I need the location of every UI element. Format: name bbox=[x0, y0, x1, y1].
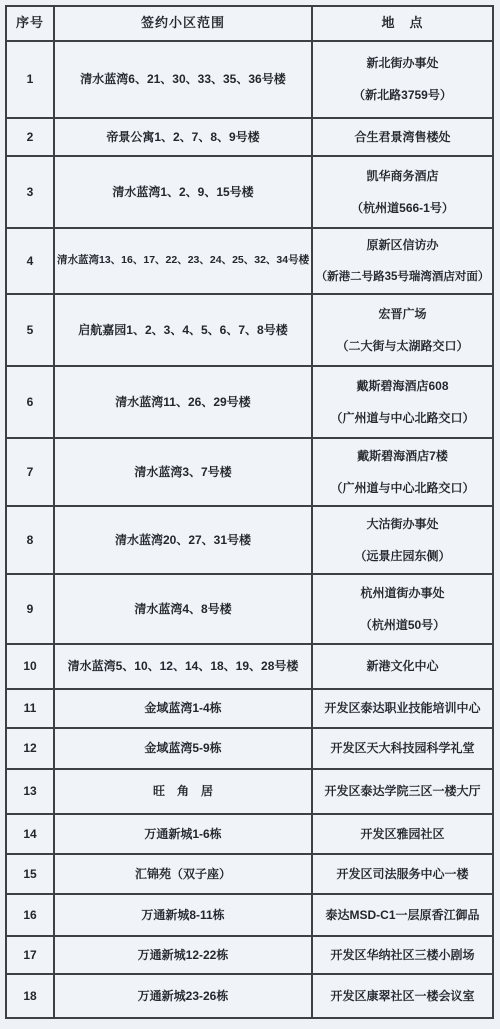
table-row: 1清水蓝湾6、21、30、33、35、36号楼新北街办事处（新北路3759号） bbox=[6, 41, 493, 118]
cell-location: 原新区信访办（新港二号路35号瑞湾酒店对面） bbox=[312, 228, 493, 294]
cell-no: 3 bbox=[6, 156, 54, 228]
community-range: 金域蓝湾1-4栋 bbox=[57, 701, 309, 716]
cell-no: 17 bbox=[6, 936, 54, 974]
community-range: 万通新城12-22栋 bbox=[57, 948, 309, 963]
location-address: （二大街与太湖路交口） bbox=[315, 339, 490, 354]
cell-location: 开发区司法服务中心一楼 bbox=[312, 854, 493, 894]
location-name: 泰达MSD-C1一层原香江御品 bbox=[315, 908, 490, 923]
cell-range: 清水蓝湾11、26、29号楼 bbox=[54, 366, 312, 438]
cell-no: 10 bbox=[6, 644, 54, 689]
row-number: 12 bbox=[9, 741, 51, 756]
row-number: 4 bbox=[9, 254, 51, 269]
row-number: 14 bbox=[9, 827, 51, 842]
table-row: 3清水蓝湾1、2、9、15号楼凯华商务酒店（杭州道566-1号） bbox=[6, 156, 493, 228]
table-row: 14万通新城1-6栋开发区雅园社区 bbox=[6, 814, 493, 854]
row-number: 7 bbox=[9, 465, 51, 480]
row-number: 8 bbox=[9, 533, 51, 548]
cell-no: 15 bbox=[6, 854, 54, 894]
cell-range: 万通新城1-6栋 bbox=[54, 814, 312, 854]
cell-location: 戴斯碧海酒店7楼（广州道与中心北路交口） bbox=[312, 438, 493, 506]
cell-range: 清水蓝湾5、10、12、14、18、19、28号楼 bbox=[54, 644, 312, 689]
location-name: 戴斯碧海酒店608 bbox=[315, 379, 490, 394]
cell-no: 16 bbox=[6, 894, 54, 936]
location-name: 原新区信访办 bbox=[315, 238, 490, 253]
table-row: 17万通新城12-22栋开发区华纳社区三楼小剧场 bbox=[6, 936, 493, 974]
row-number: 18 bbox=[9, 989, 51, 1004]
row-number: 1 bbox=[9, 72, 51, 87]
table-header: 序号 签约小区范围 地 点 bbox=[6, 6, 493, 41]
cell-location: 泰达MSD-C1一层原香江御品 bbox=[312, 894, 493, 936]
cell-no: 13 bbox=[6, 769, 54, 814]
community-range: 汇锦苑（双子座） bbox=[57, 867, 309, 882]
community-range: 清水蓝湾13、16、17、22、23、24、25、32、34号楼 bbox=[57, 254, 309, 267]
header-label-range: 签约小区范围 bbox=[57, 15, 309, 31]
table-row: 16万通新城8-11栋泰达MSD-C1一层原香江御品 bbox=[6, 894, 493, 936]
cell-range: 清水蓝湾6、21、30、33、35、36号楼 bbox=[54, 41, 312, 118]
cell-range: 清水蓝湾20、27、31号楼 bbox=[54, 506, 312, 574]
page-background: 序号 签约小区范围 地 点 1清水蓝湾6、21、30、33、35、36号楼新北街… bbox=[0, 0, 500, 1029]
table-row: 11金域蓝湾1-4栋开发区泰达职业技能培训中心 bbox=[6, 689, 493, 728]
cell-no: 6 bbox=[6, 366, 54, 438]
community-range: 清水蓝湾3、7号楼 bbox=[57, 465, 309, 480]
location-name: 开发区司法服务中心一楼 bbox=[315, 867, 490, 882]
community-range: 清水蓝湾1、2、9、15号楼 bbox=[57, 185, 309, 200]
community-range: 旺 角 居 bbox=[57, 784, 309, 799]
cell-no: 8 bbox=[6, 506, 54, 574]
location-address: （远景庄园东侧） bbox=[315, 549, 490, 564]
cell-range: 清水蓝湾4、8号楼 bbox=[54, 574, 312, 644]
cell-range: 万通新城12-22栋 bbox=[54, 936, 312, 974]
table-row: 10清水蓝湾5、10、12、14、18、19、28号楼新港文化中心 bbox=[6, 644, 493, 689]
header-cell-no: 序号 bbox=[6, 6, 54, 41]
table-row: 12金域蓝湾5-9栋开发区天大科技园科学礼堂 bbox=[6, 728, 493, 769]
location-address: （新北路3759号） bbox=[315, 88, 490, 103]
table-row: 8清水蓝湾20、27、31号楼大沽街办事处（远景庄园东侧） bbox=[6, 506, 493, 574]
cell-range: 清水蓝湾13、16、17、22、23、24、25、32、34号楼 bbox=[54, 228, 312, 294]
cell-range: 清水蓝湾1、2、9、15号楼 bbox=[54, 156, 312, 228]
cell-no: 11 bbox=[6, 689, 54, 728]
cell-location: 杭州道街办事处（杭州道50号） bbox=[312, 574, 493, 644]
cell-location: 戴斯碧海酒店608（广州道与中心北路交口） bbox=[312, 366, 493, 438]
location-name: 开发区天大科技园科学礼堂 bbox=[315, 741, 490, 756]
location-name: 宏晋广场 bbox=[315, 307, 490, 322]
cell-location: 开发区天大科技园科学礼堂 bbox=[312, 728, 493, 769]
community-range: 启航嘉园1、2、3、4、5、6、7、8号楼 bbox=[57, 323, 309, 338]
table-row: 2帝景公寓1、2、7、8、9号楼合生君景湾售楼处 bbox=[6, 118, 493, 156]
row-number: 10 bbox=[9, 659, 51, 674]
cell-location: 开发区雅园社区 bbox=[312, 814, 493, 854]
row-number: 13 bbox=[9, 784, 51, 799]
cell-location: 开发区华纳社区三楼小剧场 bbox=[312, 936, 493, 974]
table-body: 1清水蓝湾6、21、30、33、35、36号楼新北街办事处（新北路3759号）2… bbox=[6, 41, 493, 1018]
cell-no: 4 bbox=[6, 228, 54, 294]
table-row: 5启航嘉园1、2、3、4、5、6、7、8号楼宏晋广场（二大街与太湖路交口） bbox=[6, 294, 493, 366]
location-name: 戴斯碧海酒店7楼 bbox=[315, 449, 490, 464]
row-number: 6 bbox=[9, 395, 51, 410]
location-address: （新港二号路35号瑞湾酒店对面） bbox=[315, 270, 490, 284]
cell-no: 14 bbox=[6, 814, 54, 854]
location-name: 新北街办事处 bbox=[315, 56, 490, 71]
table-row: 13旺 角 居开发区泰达学院三区一楼大厅 bbox=[6, 769, 493, 814]
table-row: 7清水蓝湾3、7号楼戴斯碧海酒店7楼（广州道与中心北路交口） bbox=[6, 438, 493, 506]
cell-no: 5 bbox=[6, 294, 54, 366]
cell-location: 新港文化中心 bbox=[312, 644, 493, 689]
location-name: 开发区泰达职业技能培训中心 bbox=[315, 701, 490, 716]
row-number: 2 bbox=[9, 130, 51, 145]
cell-range: 清水蓝湾3、7号楼 bbox=[54, 438, 312, 506]
community-range: 万通新城8-11栋 bbox=[57, 908, 309, 923]
location-name: 开发区泰达学院三区一楼大厅 bbox=[315, 784, 490, 799]
location-name: 新港文化中心 bbox=[315, 659, 490, 674]
header-cell-location: 地 点 bbox=[312, 6, 493, 41]
location-name: 合生君景湾售楼处 bbox=[315, 130, 490, 145]
cell-range: 旺 角 居 bbox=[54, 769, 312, 814]
community-range: 万通新城23-26栋 bbox=[57, 989, 309, 1004]
location-name: 开发区雅园社区 bbox=[315, 827, 490, 842]
location-address: （杭州道566-1号） bbox=[315, 201, 490, 216]
community-range: 清水蓝湾11、26、29号楼 bbox=[57, 395, 309, 410]
table-row: 15汇锦苑（双子座）开发区司法服务中心一楼 bbox=[6, 854, 493, 894]
table-row: 4清水蓝湾13、16、17、22、23、24、25、32、34号楼原新区信访办（… bbox=[6, 228, 493, 294]
location-address: （广州道与中心北路交口） bbox=[315, 481, 490, 496]
row-number: 16 bbox=[9, 908, 51, 923]
cell-location: 凯华商务酒店（杭州道566-1号） bbox=[312, 156, 493, 228]
cell-range: 金域蓝湾5-9栋 bbox=[54, 728, 312, 769]
cell-no: 18 bbox=[6, 974, 54, 1018]
cell-location: 开发区泰达学院三区一楼大厅 bbox=[312, 769, 493, 814]
cell-range: 帝景公寓1、2、7、8、9号楼 bbox=[54, 118, 312, 156]
community-range: 金域蓝湾5-9栋 bbox=[57, 741, 309, 756]
location-name: 大沽街办事处 bbox=[315, 517, 490, 532]
signup-locations-table: 序号 签约小区范围 地 点 1清水蓝湾6、21、30、33、35、36号楼新北街… bbox=[5, 5, 494, 1019]
row-number: 11 bbox=[9, 701, 51, 716]
header-label-no: 序号 bbox=[9, 15, 51, 31]
location-address: （广州道与中心北路交口） bbox=[315, 411, 490, 426]
cell-location: 大沽街办事处（远景庄园东侧） bbox=[312, 506, 493, 574]
cell-no: 2 bbox=[6, 118, 54, 156]
table-row: 18万通新城23-26栋开发区康翠社区一楼会议室 bbox=[6, 974, 493, 1018]
community-range: 帝景公寓1、2、7、8、9号楼 bbox=[57, 130, 309, 145]
cell-location: 新北街办事处（新北路3759号） bbox=[312, 41, 493, 118]
location-name: 开发区康翠社区一楼会议室 bbox=[315, 989, 490, 1004]
community-range: 清水蓝湾5、10、12、14、18、19、28号楼 bbox=[57, 659, 309, 674]
cell-no: 9 bbox=[6, 574, 54, 644]
location-name: 凯华商务酒店 bbox=[315, 169, 490, 184]
cell-location: 开发区泰达职业技能培训中心 bbox=[312, 689, 493, 728]
cell-range: 启航嘉园1、2、3、4、5、6、7、8号楼 bbox=[54, 294, 312, 366]
cell-range: 万通新城23-26栋 bbox=[54, 974, 312, 1018]
community-range: 清水蓝湾6、21、30、33、35、36号楼 bbox=[57, 72, 309, 87]
row-number: 17 bbox=[9, 948, 51, 963]
location-name: 杭州道街办事处 bbox=[315, 586, 490, 601]
row-number: 15 bbox=[9, 867, 51, 882]
row-number: 9 bbox=[9, 602, 51, 617]
table-row: 9清水蓝湾4、8号楼杭州道街办事处（杭州道50号） bbox=[6, 574, 493, 644]
cell-no: 7 bbox=[6, 438, 54, 506]
cell-range: 汇锦苑（双子座） bbox=[54, 854, 312, 894]
header-row: 序号 签约小区范围 地 点 bbox=[6, 6, 493, 41]
cell-location: 合生君景湾售楼处 bbox=[312, 118, 493, 156]
cell-no: 12 bbox=[6, 728, 54, 769]
table-row: 6清水蓝湾11、26、29号楼戴斯碧海酒店608（广州道与中心北路交口） bbox=[6, 366, 493, 438]
cell-range: 万通新城8-11栋 bbox=[54, 894, 312, 936]
cell-location: 开发区康翠社区一楼会议室 bbox=[312, 974, 493, 1018]
header-cell-range: 签约小区范围 bbox=[54, 6, 312, 41]
cell-range: 金域蓝湾1-4栋 bbox=[54, 689, 312, 728]
cell-location: 宏晋广场（二大街与太湖路交口） bbox=[312, 294, 493, 366]
row-number: 5 bbox=[9, 323, 51, 338]
community-range: 清水蓝湾4、8号楼 bbox=[57, 602, 309, 617]
location-address: （杭州道50号） bbox=[315, 618, 490, 633]
cell-no: 1 bbox=[6, 41, 54, 118]
location-name: 开发区华纳社区三楼小剧场 bbox=[315, 948, 490, 963]
community-range: 清水蓝湾20、27、31号楼 bbox=[57, 533, 309, 548]
community-range: 万通新城1-6栋 bbox=[57, 827, 309, 842]
row-number: 3 bbox=[9, 185, 51, 200]
header-label-location: 地 点 bbox=[315, 15, 490, 31]
